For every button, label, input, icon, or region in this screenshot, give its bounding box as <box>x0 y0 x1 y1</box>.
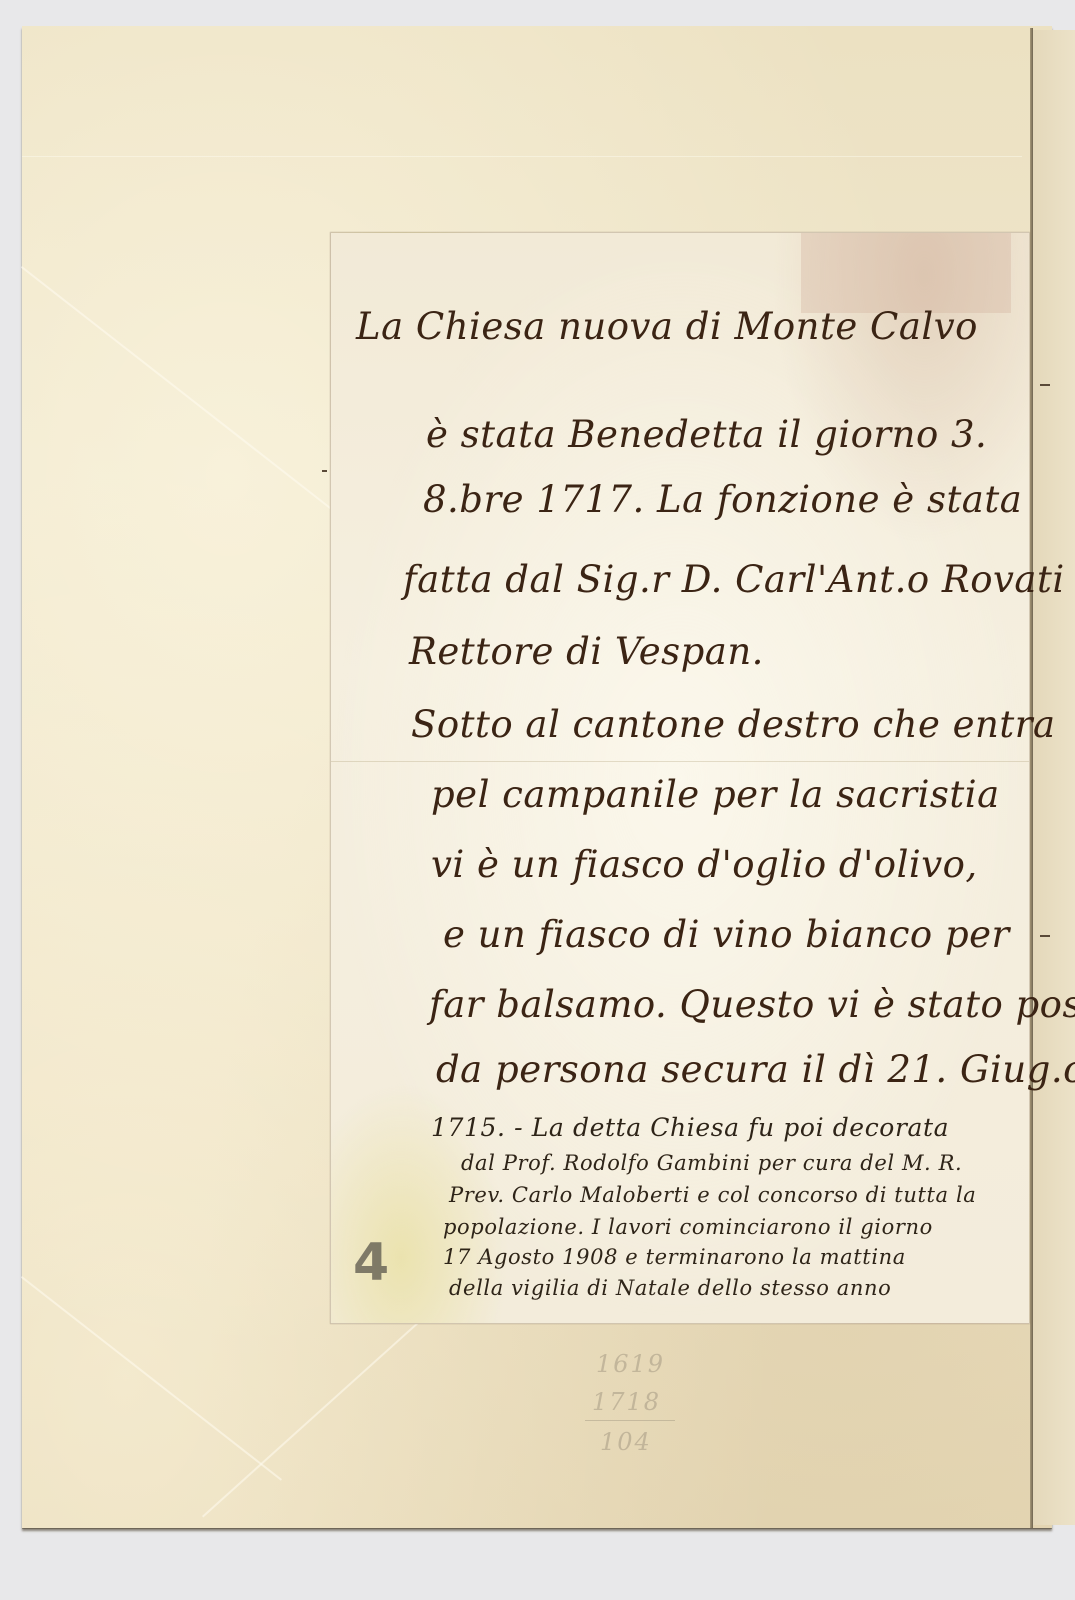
pencil-note: 104 <box>600 1428 652 1456</box>
addition-line: 1715. - La detta Chiesa fu poi decorata <box>431 1113 949 1142</box>
pencil-rule <box>585 1420 675 1421</box>
paper-fold-line <box>202 1315 426 1517</box>
note-line: far balsamo. Questo vi è stato posto <box>429 983 1075 1026</box>
pencil-note: 1718 <box>592 1388 661 1416</box>
margin-mark <box>1040 384 1050 386</box>
note-line: e un fiasco di vino bianco per <box>443 913 1010 956</box>
binding-edge <box>1030 28 1033 1528</box>
addition-line: popolazione. I lavori cominciarono il gi… <box>443 1215 933 1239</box>
note-line: da persona secura il dì 21. Giug.o <box>436 1048 1075 1091</box>
addition-line: dal Prof. Rodolfo Gambini per cura del M… <box>461 1151 962 1175</box>
archive-stamp: 4 <box>353 1233 383 1293</box>
pencil-note: 1619 <box>596 1350 665 1378</box>
note-line: pel campanile per la sacristia <box>431 773 1000 816</box>
note-line: La Chiesa nuova di Monte Calvo <box>356 305 978 348</box>
note-line: Rettore di Vespan. <box>409 630 764 673</box>
note-line: 8.bre 1717. La fonzione è stata <box>423 478 1022 521</box>
addition-line: della vigilia di Natale dello stesso ann… <box>449 1276 891 1300</box>
paper-fold-line <box>21 266 353 526</box>
addition-line: Prev. Carlo Maloberti e col concorso di … <box>449 1183 976 1207</box>
note-line: vi è un fiasco d'oglio d'olivo, <box>431 843 978 886</box>
facing-page-edge <box>1033 30 1075 1525</box>
note-line: è stata Benedetta il giorno 3. <box>426 413 987 456</box>
glue-stain <box>801 233 1011 313</box>
paper-fold-line <box>21 1276 282 1481</box>
margin-mark <box>1040 935 1050 937</box>
paper-fold-line <box>22 156 1022 157</box>
pasted-note: La Chiesa nuova di Monte Calvo è stata B… <box>330 232 1030 1324</box>
margin-mark <box>322 470 327 472</box>
addition-line: 17 Agosto 1908 e terminarono la mattina <box>443 1245 906 1269</box>
scanned-page: La Chiesa nuova di Monte Calvo è stata B… <box>0 0 1075 1600</box>
note-line: fatta dal Sig.r D. Carl'Ant.o Rovati <box>403 558 1065 601</box>
note-crease <box>331 761 1029 762</box>
note-line: Sotto al cantone destro che entra <box>411 703 1056 746</box>
